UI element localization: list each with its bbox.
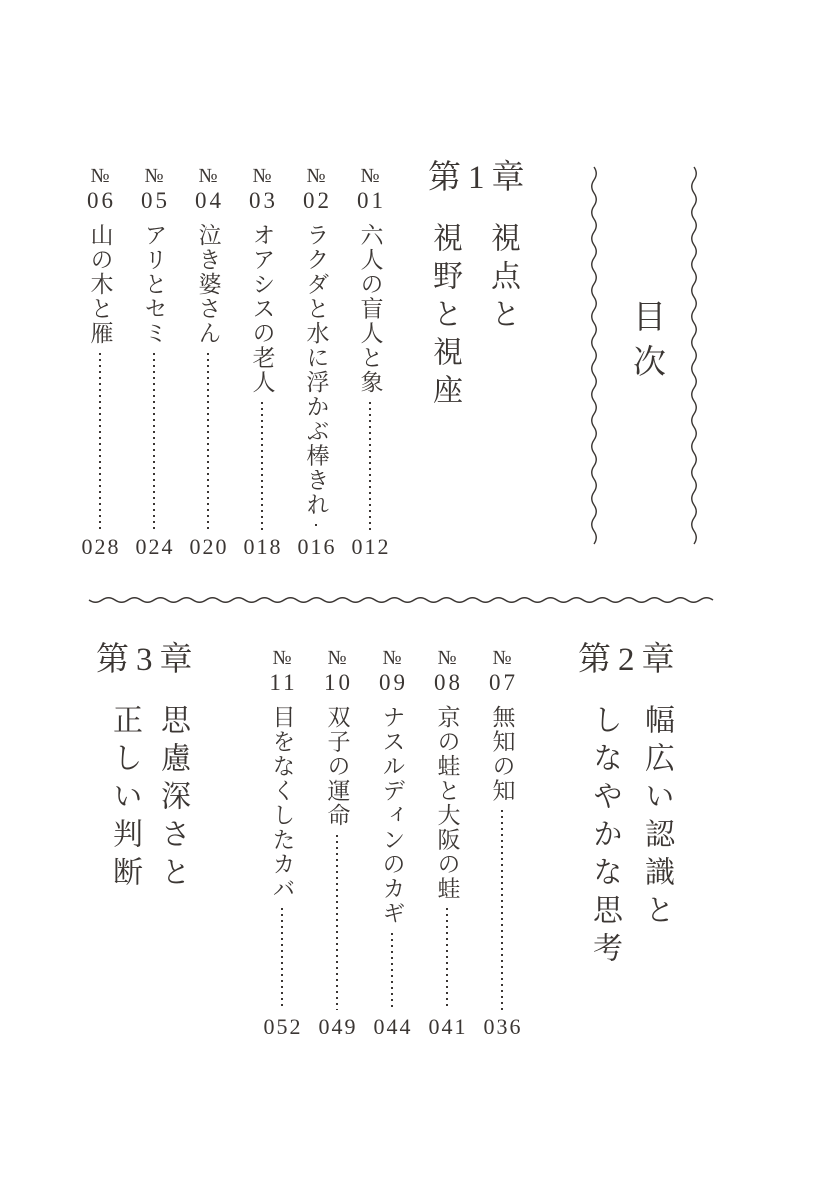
toc-entry: № 01 六人の盲人と象 012 [342,166,398,558]
entry-number: 11 [269,671,297,694]
entry-number: 09 [379,671,408,694]
entry-title: アリとセミ [143,223,166,346]
numero-symbol: № [360,166,379,186]
chapter-2-title-line-1: 幅広い認識と [641,704,671,932]
numero-symbol: № [198,166,217,186]
page-title: 目次 [629,299,662,389]
entry-title: 泣き婆さん [197,223,220,346]
dotted-leader [281,908,283,1010]
dotted-leader [261,402,263,531]
entry-page-number: 024 [136,536,175,558]
chapter-3-title-line-1: 思慮深さと [157,704,187,894]
entry-title: オアシスの老人 [251,223,274,395]
entry-title: 六人の盲人と象 [359,223,382,395]
entry-page-number: 016 [298,536,337,558]
entry-number: 10 [324,671,353,694]
toc-entry: № 11 目をなくしたカバ 052 [254,648,310,1038]
wavy-divider [88,593,718,607]
entry-title: 目をなくしたカバ [271,705,294,901]
chapter-1-label: 第1章 [428,162,532,195]
entry-page-number: 044 [374,1016,413,1038]
entry-number: 06 [87,189,116,212]
entry-title: 双子の運命 [326,705,349,828]
toc-entry: № 08 京の蛙と大阪の蛙 041 [419,648,475,1038]
entry-page-number: 028 [82,536,121,558]
toc-entry: № 06 山の木と雁 028 [72,166,128,558]
chapter-2-label: 第2章 [578,644,682,677]
entry-page-number: 036 [484,1016,523,1038]
numero-symbol: № [272,648,291,668]
entry-title: 京の蛙と大阪の蛙 [436,705,459,901]
dotted-leader [391,933,393,1011]
numero-symbol: № [327,648,346,668]
entry-number: 01 [357,189,386,212]
wavy-rule-left [588,166,600,554]
toc-entry: № 03 オアシスの老人 018 [234,166,290,558]
entry-page-number: 012 [352,536,391,558]
toc-entry: № 07 無知の知 036 [474,648,530,1038]
toc-entry: № 02 ラクダと水に浮かぶ棒きれ 016 [288,166,344,558]
entry-number: 04 [195,189,224,212]
entry-title: 山の木と雁 [89,223,112,346]
entry-title: ナスルディンのカギ [381,705,404,926]
dotted-leader [99,353,101,531]
numero-symbol: № [382,648,401,668]
numero-symbol: № [90,166,109,186]
entry-page-number: 049 [319,1016,358,1038]
chapter-1-title-line-2: 視野と視座 [429,222,459,412]
entry-number: 03 [249,189,278,212]
dotted-leader [336,835,338,1011]
entry-number: 05 [141,189,170,212]
chapter-3-label: 第3章 [96,644,200,677]
entry-title: ラクダと水に浮かぶ棒きれ [305,223,328,517]
dotted-leader [446,908,448,1010]
entry-page-number: 020 [190,536,229,558]
entry-page-number: 052 [264,1016,303,1038]
entry-page-number: 041 [429,1016,468,1038]
entry-page-number: 018 [244,536,283,558]
chapter-1-title-line-1: 視点と [487,222,517,336]
dotted-leader [153,353,155,531]
chapter-2-title-line-2: しなやかな思考 [589,704,619,970]
entry-number: 07 [489,671,518,694]
dotted-leader [315,524,317,530]
toc-entry: № 10 双子の運命 049 [309,648,365,1038]
numero-symbol: № [437,648,456,668]
entry-title: 無知の知 [491,705,514,803]
numero-symbol: № [306,166,325,186]
numero-symbol: № [492,648,511,668]
dotted-leader [369,402,371,531]
toc-entry: № 09 ナスルディンのカギ 044 [364,648,420,1038]
toc-page: 目次 第1章 視点と 視野と視座 № 01 六人の盲人と象 012 № 02 ラ… [0,0,830,1200]
chapter-3-title-line-2: 正しい判断 [109,704,139,894]
toc-entry: № 04 泣き婆さん 020 [180,166,236,558]
numero-symbol: № [144,166,163,186]
dotted-leader [501,810,503,1010]
entry-number: 02 [303,189,332,212]
wavy-rule-right [688,166,700,554]
entry-number: 08 [434,671,463,694]
toc-entry: № 05 アリとセミ 024 [126,166,182,558]
numero-symbol: № [252,166,271,186]
dotted-leader [207,353,209,531]
